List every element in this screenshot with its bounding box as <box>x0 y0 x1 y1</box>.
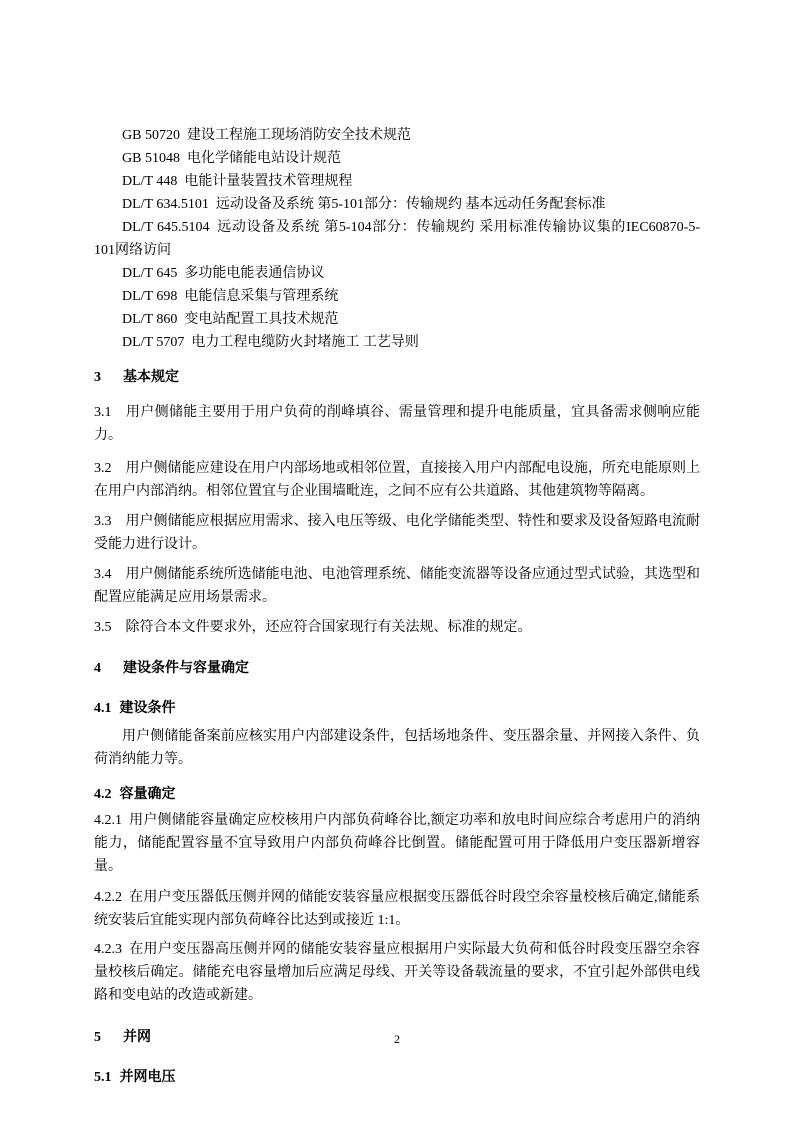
clause-text: 用户侧储能系统所选储能电池、电池管理系统、储能变流器等设备应通过型式试验，其选型… <box>94 567 700 605</box>
reference-item: GB 51048电化学储能电站设计规范 <box>94 147 700 170</box>
section-3-heading: 3基本规定 <box>94 366 700 389</box>
reference-code: DL/T 448 <box>122 174 177 189</box>
reference-code: DL/T 634.5101 <box>122 197 209 212</box>
document-page: GB 50720建设工程施工现场消防安全技术规范 GB 51048电化学储能电站… <box>0 0 794 1123</box>
clause-text: 用户侧储能应根据应用需求、接入电压等级、电化学储能类型、特性和要求及设备短路电流… <box>94 514 700 552</box>
reference-code: DL/T 5707 <box>122 335 184 350</box>
clause-text: 在用户变压器高压侧并网的储能安装容量应根据用户实际最大负荷和低谷时段变压器空余容… <box>94 942 700 1003</box>
section-4-heading: 4建设条件与容量确定 <box>94 657 700 680</box>
reference-item: DL/T 5707电力工程电缆防火封堵施工 工艺导则 <box>94 331 700 354</box>
page-number: 2 <box>0 1030 794 1048</box>
clause-3-5: 3.5除符合本文件要求外，还应符合国家现行有关法规、标准的规定。 <box>94 616 700 639</box>
subsection-number: 5.1 <box>94 1070 112 1085</box>
reference-item: DL/T 698电能信息采集与管理系统 <box>94 285 700 308</box>
reference-title: 多功能电能表通信协议 <box>184 266 324 281</box>
reference-item: DL/T 634.5101远动设备及系统 第5-101部分：传输规约 基本远动任… <box>94 193 700 216</box>
clause-3-4: 3.4用户侧储能系统所选储能电池、电池管理系统、储能变流器等设备应通过型式试验，… <box>94 563 700 609</box>
reference-code: DL/T 698 <box>122 289 177 304</box>
section-number: 4 <box>94 661 101 676</box>
reference-title: 电能计量装置技术管理规程 <box>184 174 352 189</box>
section-4-2-heading: 4.2容量确定 <box>94 783 700 806</box>
section-title: 基本规定 <box>123 370 179 385</box>
clause-4-2-2: 4.2.2在用户变压器低压侧并网的储能安装容量应根据变压器低谷时段空余容量校核后… <box>94 886 700 932</box>
reference-title: 电化学储能电站设计规范 <box>187 151 341 166</box>
reference-item: DL/T 860变电站配置工具技术规范 <box>94 308 700 331</box>
reference-item: DL/T 448电能计量装置技术管理规程 <box>94 170 700 193</box>
reference-title: 变电站配置工具技术规范 <box>184 312 338 327</box>
clause-text: 用户侧储能主要用于用户负荷的削峰填谷、需量管理和提升电能质量，宜具备需求侧响应能… <box>94 405 700 443</box>
reference-code: GB 51048 <box>122 151 180 166</box>
reference-title: 远动设备及系统 第5-101部分：传输规约 基本远动任务配套标准 <box>216 197 606 212</box>
clause-text: 除符合本文件要求外，还应符合国家现行有关法规、标准的规定。 <box>126 620 532 635</box>
reference-title: 电力工程电缆防火封堵施工 工艺导则 <box>191 335 419 350</box>
reference-code: DL/T 860 <box>122 312 177 327</box>
section-title: 建设条件与容量确定 <box>123 661 249 676</box>
section-number: 3 <box>94 370 101 385</box>
reference-code: DL/T 645 <box>122 266 177 281</box>
reference-code: GB 50720 <box>122 128 180 143</box>
clause-number: 3.5 <box>94 620 112 635</box>
reference-list: GB 50720建设工程施工现场消防安全技术规范 GB 51048电化学储能电站… <box>94 124 700 354</box>
clause-number: 4.2.3 <box>94 942 122 957</box>
subsection-number: 4.2 <box>94 787 112 802</box>
subsection-number: 4.1 <box>94 701 112 716</box>
subsection-title: 并网电压 <box>120 1070 176 1085</box>
clause-4-2-1: 4.2.1用户侧储能容量确定应校核用户内部负荷峰谷比,额定功率和放电时间应综合考… <box>94 809 700 878</box>
clause-3-2: 3.2用户侧储能应建设在用户内部场地或相邻位置，直接接入用户内部配电设施，所充电… <box>94 457 700 503</box>
clause-number: 4.2.2 <box>94 890 122 905</box>
clause-text: 用户侧储能应建设在用户内部场地或相邻位置，直接接入用户内部配电设施，所充电能原则… <box>94 461 700 499</box>
reference-code: DL/T 645.5104 <box>122 220 210 235</box>
section-4-1-heading: 4.1建设条件 <box>94 697 700 720</box>
clause-3-1: 3.1用户侧储能主要用于用户负荷的削峰填谷、需量管理和提升电能质量，宜具备需求侧… <box>94 401 700 447</box>
reference-item: DL/T 645.5104远动设备及系统 第5-104部分：传输规约 采用标准传… <box>94 216 700 262</box>
clause-number: 3.4 <box>94 567 112 582</box>
reference-item: DL/T 645多功能电能表通信协议 <box>94 262 700 285</box>
reference-item: GB 50720建设工程施工现场消防安全技术规范 <box>94 124 700 147</box>
subsection-title: 容量确定 <box>120 787 176 802</box>
clause-number: 3.2 <box>94 461 112 476</box>
clause-number: 3.1 <box>94 405 112 420</box>
clause-3-3: 3.3用户侧储能应根据应用需求、接入电压等级、电化学储能类型、特性和要求及设备短… <box>94 510 700 556</box>
reference-title: 电能信息采集与管理系统 <box>184 289 338 304</box>
subsection-title: 建设条件 <box>120 701 176 716</box>
clause-4-2-3: 4.2.3在用户变压器高压侧并网的储能安装容量应根据用户实际最大负荷和低谷时段变… <box>94 938 700 1007</box>
section-5-1-heading: 5.1并网电压 <box>94 1066 700 1089</box>
clause-text: 在用户变压器低压侧并网的储能安装容量应根据变压器低谷时段空余容量校核后确定,储能… <box>94 890 700 928</box>
subsection-4-1-body: 用户侧储能备案前应核实用户内部建设条件，包括场地条件、变压器余量、并网接入条件、… <box>94 725 700 771</box>
clause-text: 用户侧储能容量确定应校核用户内部负荷峰谷比,额定功率和放电时间应综合考虑用户的消… <box>94 813 700 874</box>
clause-number: 4.2.1 <box>94 813 122 828</box>
reference-title: 建设工程施工现场消防安全技术规范 <box>187 128 411 143</box>
clause-number: 3.3 <box>94 514 112 529</box>
